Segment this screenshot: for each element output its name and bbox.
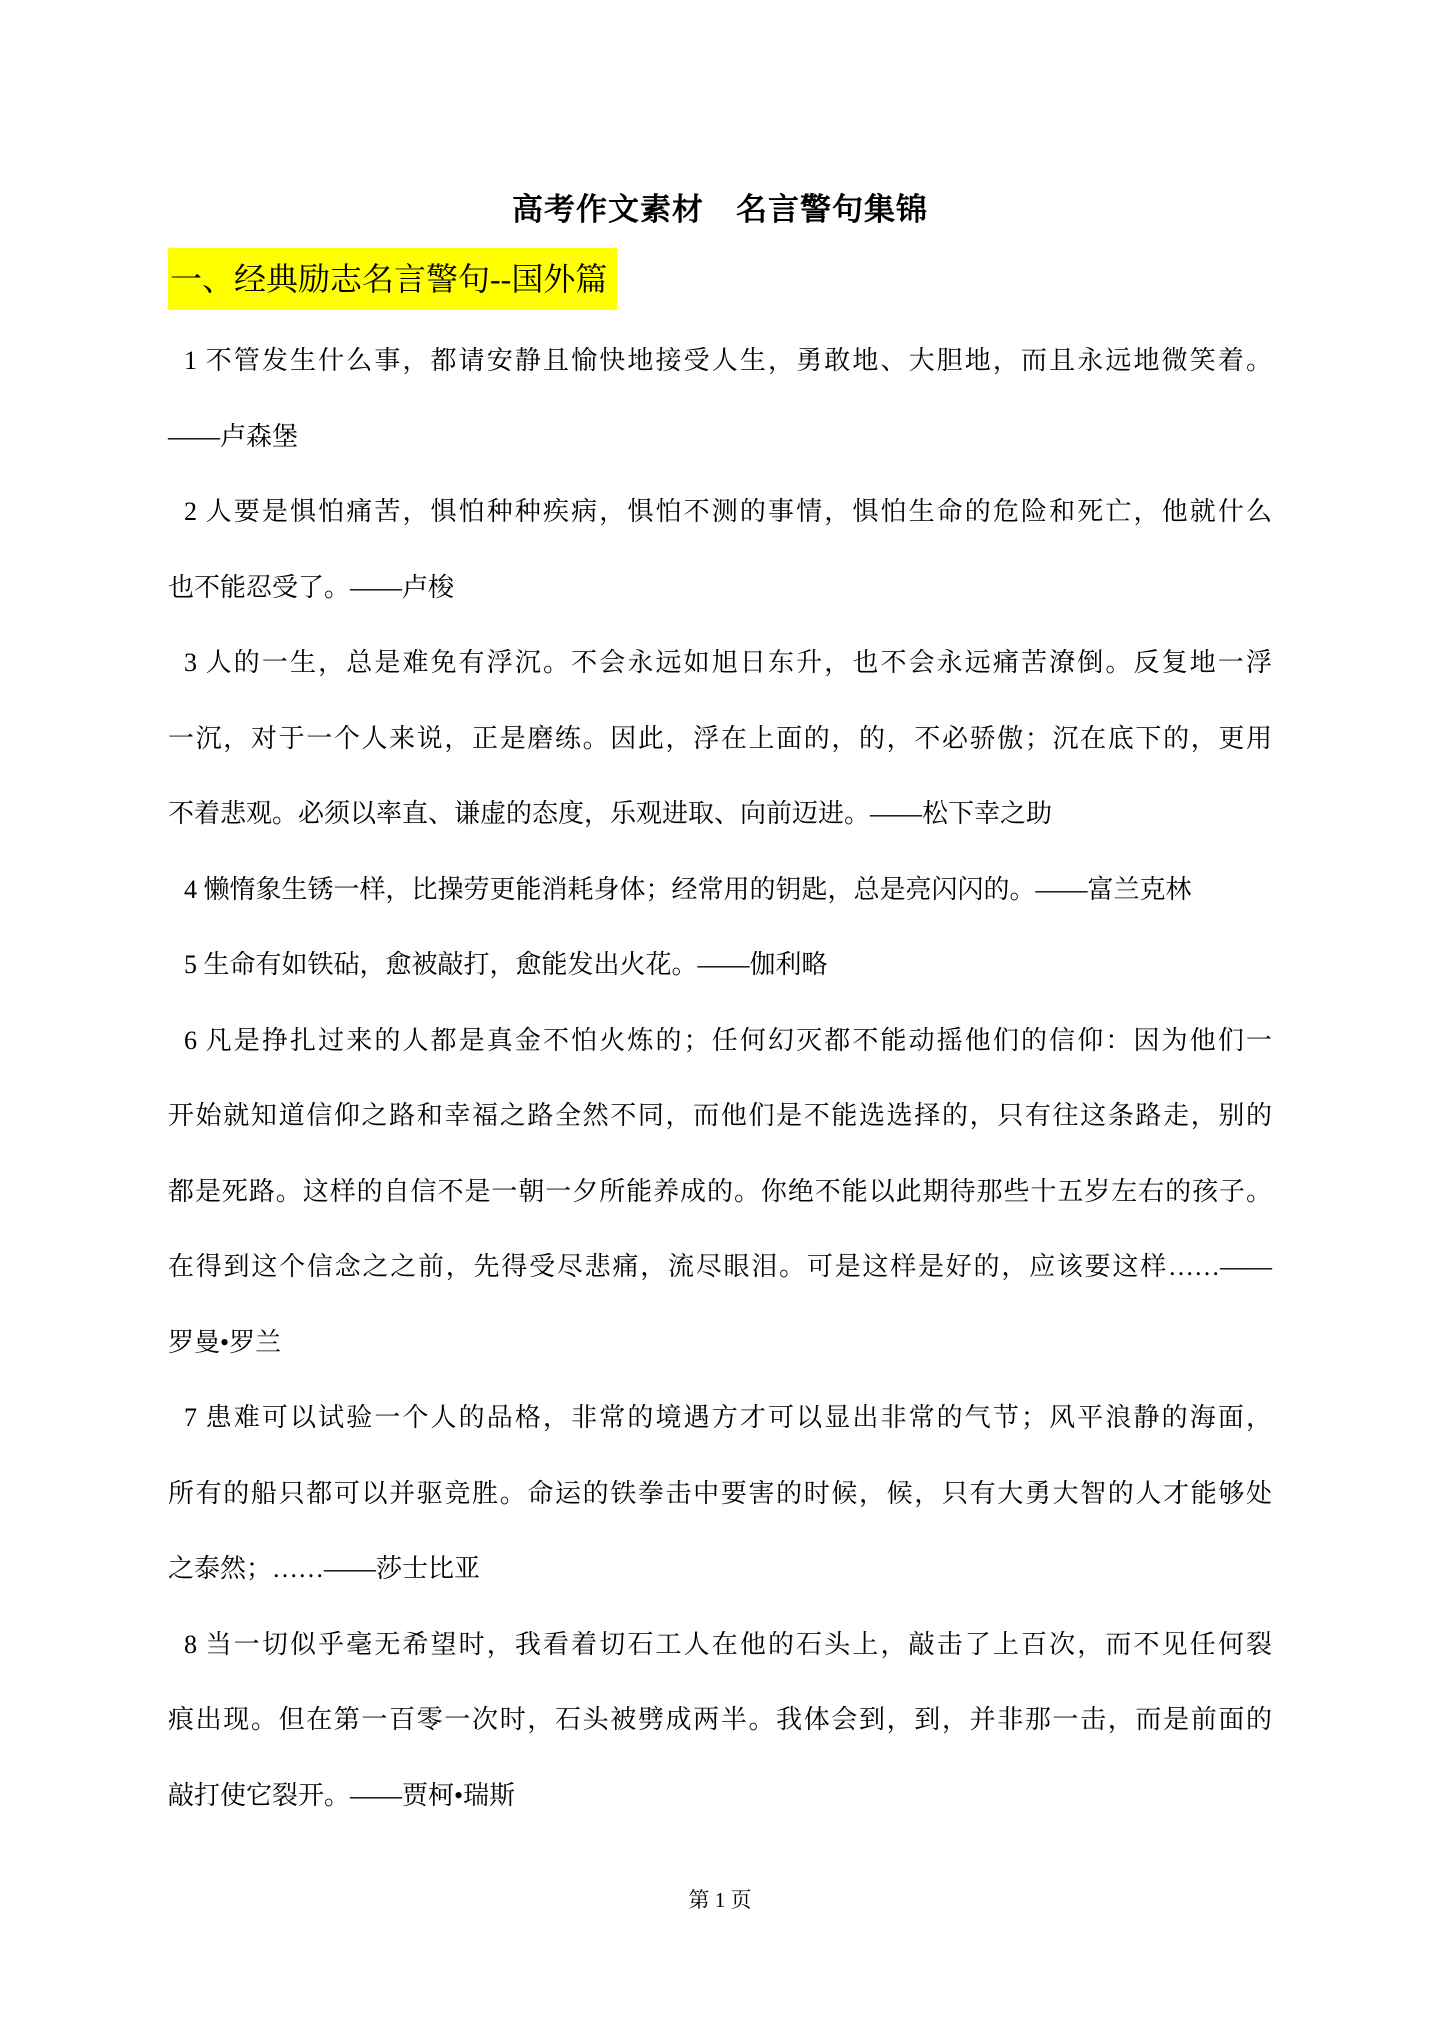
text-line: 4 懒惰象生锈一样，比操劳更能消耗身体；经常用的钥匙，总是亮闪闪的。——富兰克林 xyxy=(168,852,1272,928)
text-line: 痕出现。但在第一百零一次时，石头被劈成两半。我体会到，到，并非那一击，而是前面的 xyxy=(168,1682,1272,1758)
text-line: 8 当一切似乎毫无希望时，我看着切石工人在他的石头上，敲击了上百次，而不见任何裂 xyxy=(168,1607,1272,1683)
document-title: 高考作文素材 名言警句集锦 xyxy=(168,190,1272,230)
text-line: 也不能忍受了。——卢梭 xyxy=(168,550,1272,626)
document-body: 1 不管发生什么事，都请安静且愉快地接受人生，勇敢地、大胆地，而且永远地微笑着。… xyxy=(168,323,1272,1833)
text-line: ——卢森堡 xyxy=(168,399,1272,475)
text-line: 1 不管发生什么事，都请安静且愉快地接受人生，勇敢地、大胆地，而且永远地微笑着。 xyxy=(168,323,1272,399)
text-line: 开始就知道信仰之路和幸福之路全然不同，而他们是不能选选择的，只有往这条路走，别的 xyxy=(168,1078,1272,1154)
text-line: 不着悲观。必须以率直、谦虚的态度，乐观进取、向前迈进。——松下幸之助 xyxy=(168,776,1272,852)
section-heading-row: 一、经典励志名言警句--国外篇 xyxy=(168,248,1272,310)
text-line: 3 人的一生，总是难免有浮沉。不会永远如旭日东升，也不会永远痛苦潦倒。反复地一浮 xyxy=(168,625,1272,701)
page-number: 第 1 页 xyxy=(168,1885,1272,1915)
text-line: 7 患难可以试验一个人的品格，非常的境遇方才可以显出非常的气节；风平浪静的海面， xyxy=(168,1380,1272,1456)
text-line: 之泰然；……——莎士比亚 xyxy=(168,1531,1272,1607)
text-line: 5 生命有如铁砧，愈被敲打，愈能发出火花。——伽利略 xyxy=(168,927,1272,1003)
section-heading: 一、经典励志名言警句--国外篇 xyxy=(168,248,617,310)
text-line: 都是死路。这样的自信不是一朝一夕所能养成的。你绝不能以此期待那些十五岁左右的孩子… xyxy=(168,1154,1272,1230)
text-line: 敲打使它裂开。——贾柯•瑞斯 xyxy=(168,1758,1272,1834)
text-line: 在得到这个信念之之前，先得受尽悲痛，流尽眼泪。可是这样是好的，应该要这样……—— xyxy=(168,1229,1272,1305)
text-line: 6 凡是挣扎过来的人都是真金不怕火炼的；任何幻灭都不能动摇他们的信仰：因为他们一 xyxy=(168,1003,1272,1079)
text-line: 一沉，对于一个人来说，正是磨练。因此，浮在上面的，的，不必骄傲；沉在底下的，更用 xyxy=(168,701,1272,777)
document-page: 高考作文素材 名言警句集锦 一、经典励志名言警句--国外篇 1 不管发生什么事，… xyxy=(0,0,1440,2037)
text-line: 所有的船只都可以并驱竞胜。命运的铁拳击中要害的时候，候，只有大勇大智的人才能够处 xyxy=(168,1456,1272,1532)
text-line: 罗曼•罗兰 xyxy=(168,1305,1272,1381)
text-line: 2 人要是惧怕痛苦，惧怕种种疾病，惧怕不测的事情，惧怕生命的危险和死亡，他就什么 xyxy=(168,474,1272,550)
